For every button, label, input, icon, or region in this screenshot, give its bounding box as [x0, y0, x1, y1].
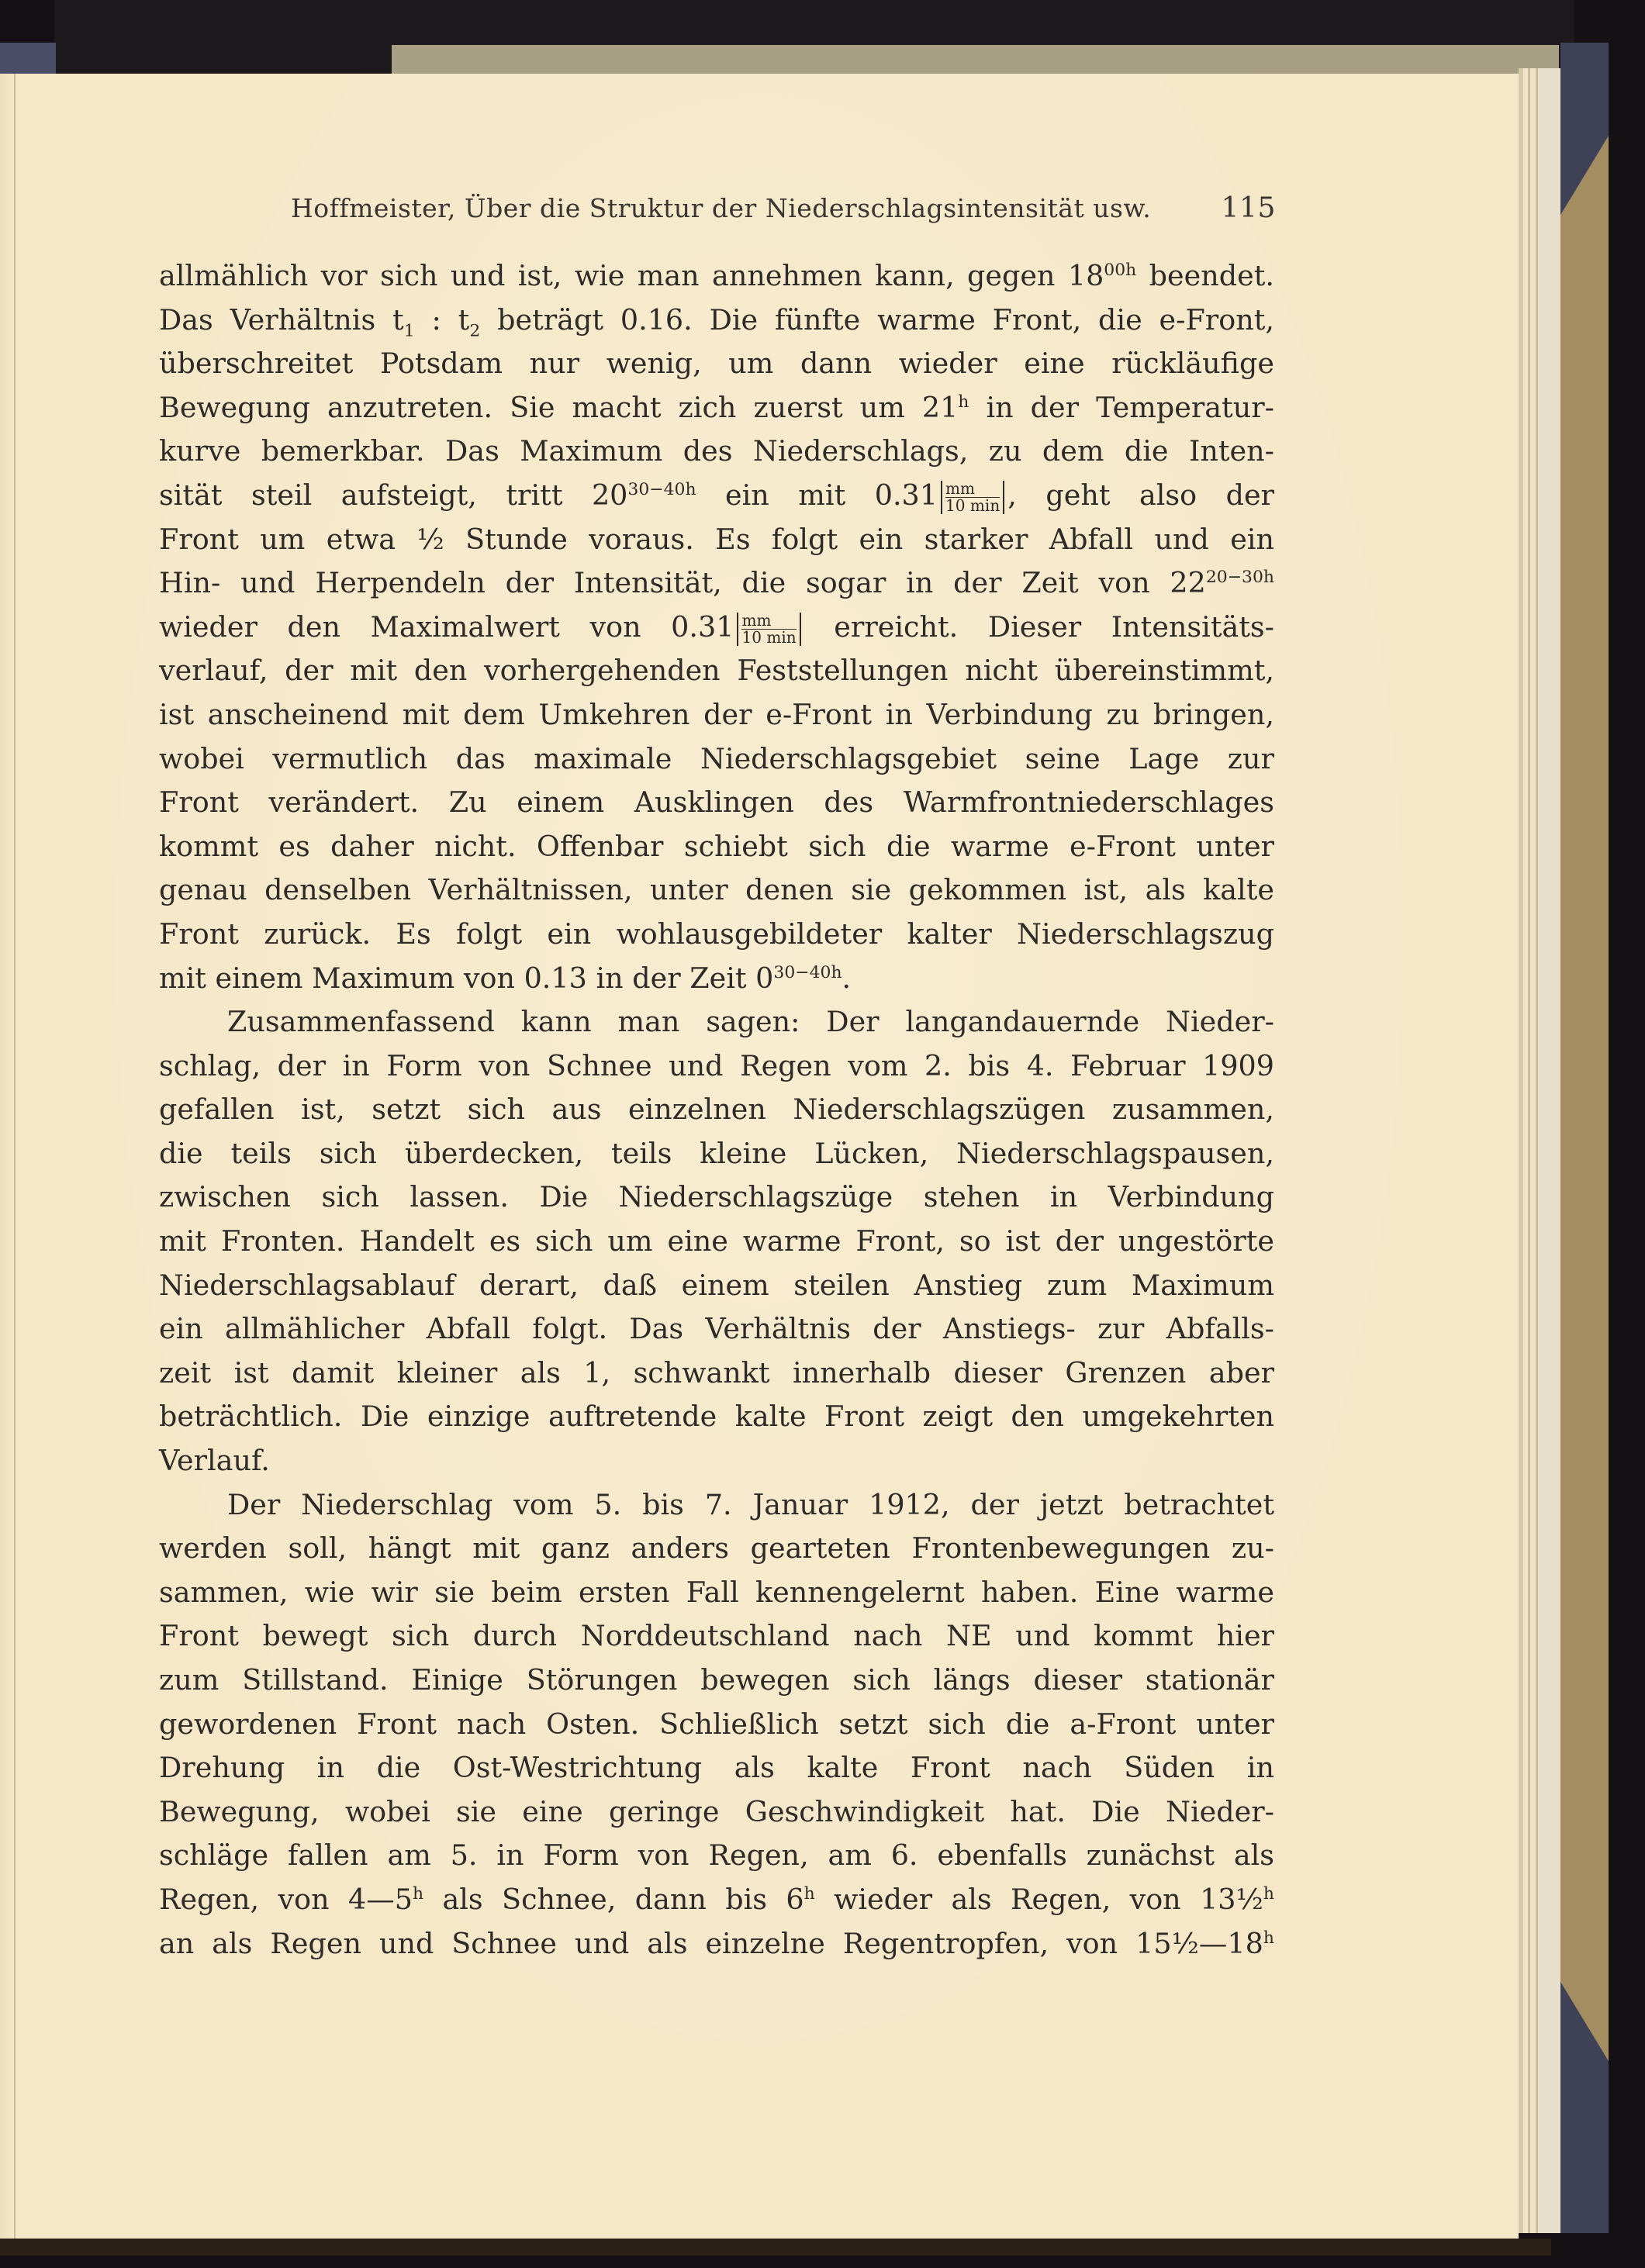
text-line: ist anscheinend mit dem Umkehren der e-F… [159, 693, 1274, 737]
text-line: die teils sich überdecken, teils kleine … [159, 1132, 1274, 1176]
text-line: schlag, der in Form von Schnee und Regen… [159, 1044, 1274, 1089]
unit-fraction: mm10 min [737, 613, 800, 646]
text-line: sität steil aufsteigt, tritt 2030−40h ei… [159, 474, 1274, 518]
text-line: Regen, von 4—5h als Schnee, dann bis 6h … [159, 1878, 1274, 1922]
text-line: genau denselben Verhältnissen, unter den… [159, 868, 1274, 913]
text-line: wobei vermutlich das maximale Niederschl… [159, 737, 1274, 782]
unit-fraction: mm10 min [941, 481, 1004, 514]
text-line: sammen, wie wir sie beim ersten Fall ken… [159, 1571, 1274, 1615]
text-line: Bewegung anzutreten. Sie macht zich zuer… [159, 386, 1274, 430]
text-line: gewordenen Front nach Osten. Schließlich… [159, 1703, 1274, 1747]
text-line: kurve bemerkbar. Das Maximum des Nieders… [159, 430, 1274, 474]
body-text: allmählich vor sich und ist, wie man ann… [159, 254, 1274, 1966]
book-cover-paper [1560, 136, 1609, 2121]
text-line: Hin- und Herpendeln der Intensität, die … [159, 561, 1274, 606]
text-line: mit einem Maximum von 0.13 in der Zeit 0… [159, 957, 1274, 1001]
text-line: überschreitet Potsdam nur wenig, um dann… [159, 342, 1274, 386]
paragraph-start: Zusammenfassend kann man sagen: Der lang… [159, 1000, 1274, 1044]
page-number: 115 [1221, 192, 1276, 224]
text-line: kommt es daher nicht. Offenbar schiebt s… [159, 825, 1274, 869]
text-line: zum Stillstand. Einige Störungen bewegen… [159, 1659, 1274, 1703]
spine-cloth [0, 43, 56, 74]
text-line: Front verändert. Zu einem Ausklingen des… [159, 781, 1274, 825]
running-head-title: Hoffmeister, Über die Struktur der Niede… [291, 193, 1151, 223]
text-line: werden soll, hängt mit ganz anders geart… [159, 1527, 1274, 1571]
text-line: zeit ist damit kleiner als 1, schwankt i… [159, 1351, 1274, 1396]
text-line: verlauf, der mit den vorhergehenden Fest… [159, 649, 1274, 693]
text-line: wieder den Maximalwert von 0.31mm10 min … [159, 606, 1274, 650]
text-line: Niederschlagsablauf derart, daß einem st… [159, 1264, 1274, 1308]
text-line: Das Verhältnis t1 : t2 beträgt 0.16. Die… [159, 299, 1274, 343]
text-line: Front zurück. Es folgt ein wohlausgebild… [159, 913, 1274, 957]
page-edges [1519, 68, 1560, 2233]
text-line: Front um etwa ½ Stunde voraus. Es folgt … [159, 518, 1274, 562]
paragraph-start: Der Niederschlag vom 5. bis 7. Januar 19… [159, 1483, 1274, 1528]
text-line: gefallen ist, setzt sich aus einzelnen N… [159, 1088, 1274, 1132]
text-line: Drehung in die Ost-Westrichtung als kalt… [159, 1746, 1274, 1790]
running-head: Hoffmeister, Über die Struktur der Niede… [291, 192, 1276, 226]
text-line: allmählich vor sich und ist, wie man ann… [159, 254, 1274, 299]
text-line: ein allmählicher Abfall folgt. Das Verhä… [159, 1307, 1274, 1351]
text-line: Verlauf. [159, 1439, 1274, 1483]
text-line: mit Fronten. Handelt es sich um eine war… [159, 1220, 1274, 1264]
text-line: an als Regen und Schnee und als einzelne… [159, 1922, 1274, 1966]
text-line: Front bewegt sich durch Norddeutschland … [159, 1614, 1274, 1659]
gutter-fold [14, 74, 16, 2239]
text-line: Bewegung, wobei sie eine geringe Geschwi… [159, 1790, 1274, 1835]
book-top-board [392, 45, 1559, 74]
text-line: beträchtlich. Die einzige auftretende ka… [159, 1395, 1274, 1439]
text-line: zwischen sich lassen. Die Niederschlagsz… [159, 1175, 1274, 1220]
text-line: schläge fallen am 5. in Form von Regen, … [159, 1834, 1274, 1878]
book-bottom-edge [0, 2239, 1551, 2256]
